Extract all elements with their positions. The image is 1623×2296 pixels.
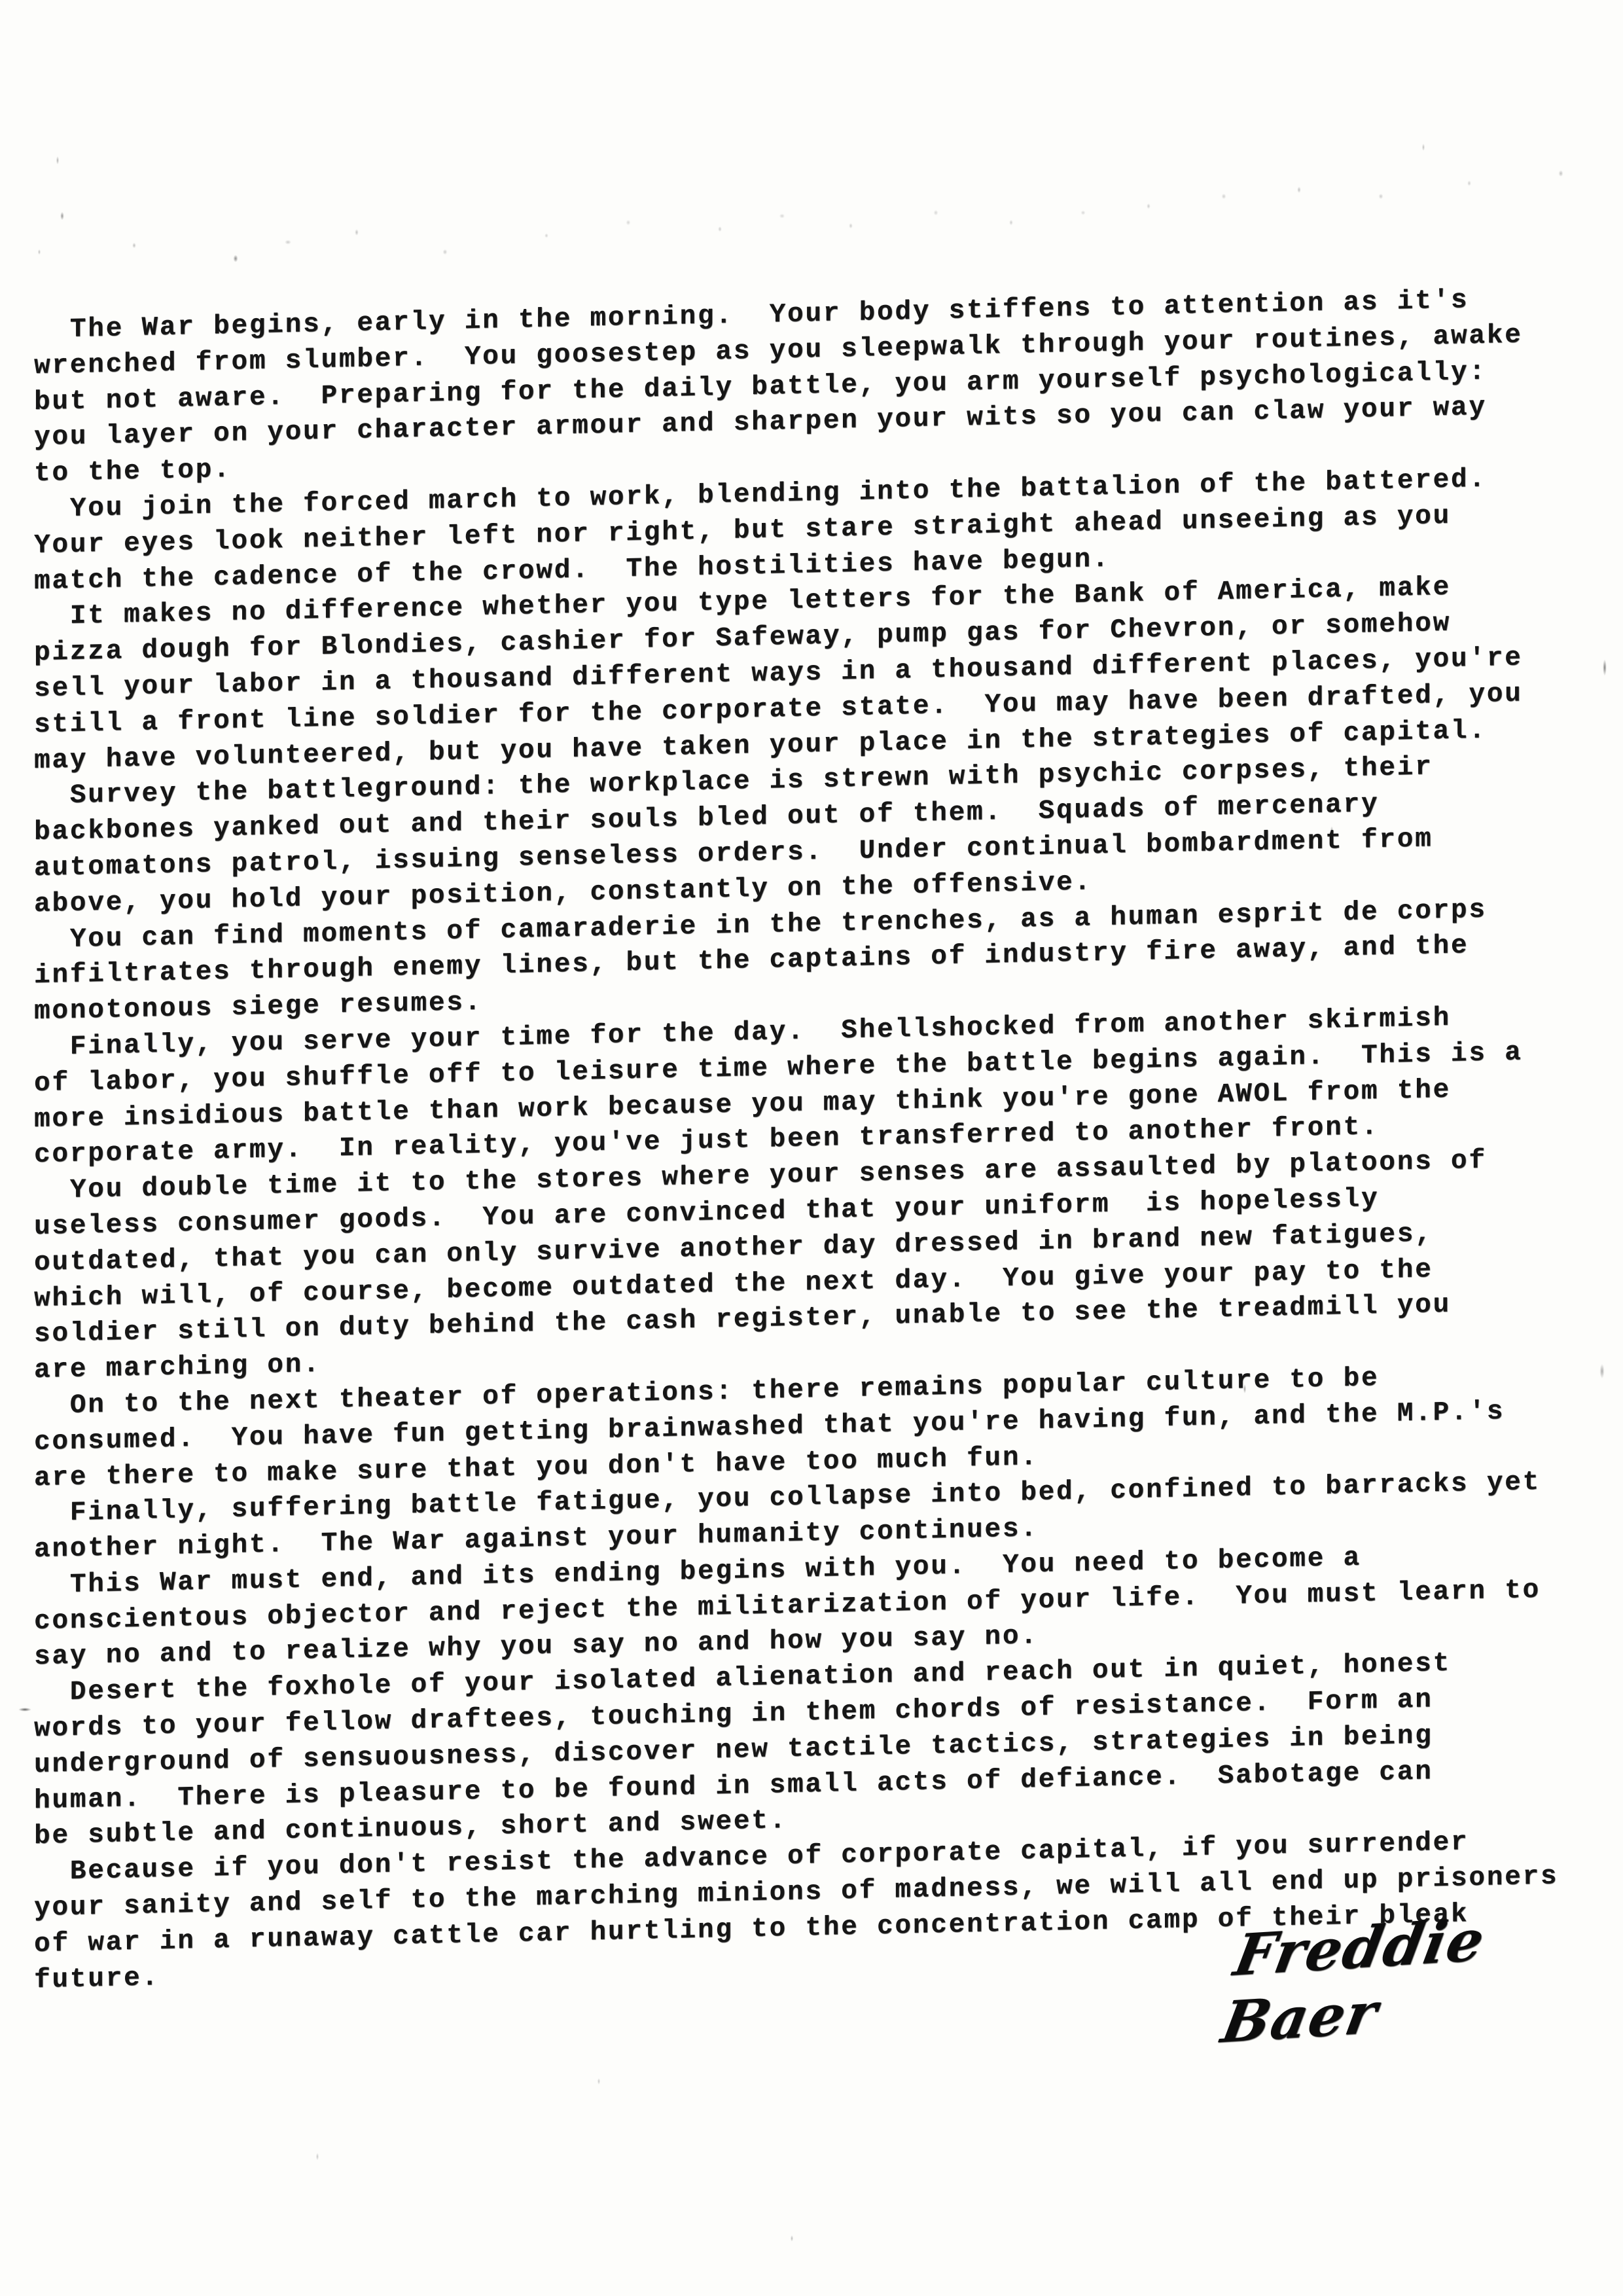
paragraph-desert-the-foxhole: Desert the foxhole of your isolated alie… <box>34 1643 1586 1856</box>
essay-text-block: The War begins, early in the morning. Yo… <box>34 280 1586 1998</box>
scanned-typewritten-page: The War begins, early in the morning. Yo… <box>0 0 1623 2296</box>
paragraph-double-time: You double time it to the stores where y… <box>34 1141 1586 1388</box>
paragraph-war-begins: The War begins, early in the morning. Yo… <box>34 280 1586 492</box>
handwritten-signature: Freddie Baer <box>1217 1898 1623 2056</box>
paragraph-no-difference: It makes no difference whether you type … <box>34 567 1586 780</box>
